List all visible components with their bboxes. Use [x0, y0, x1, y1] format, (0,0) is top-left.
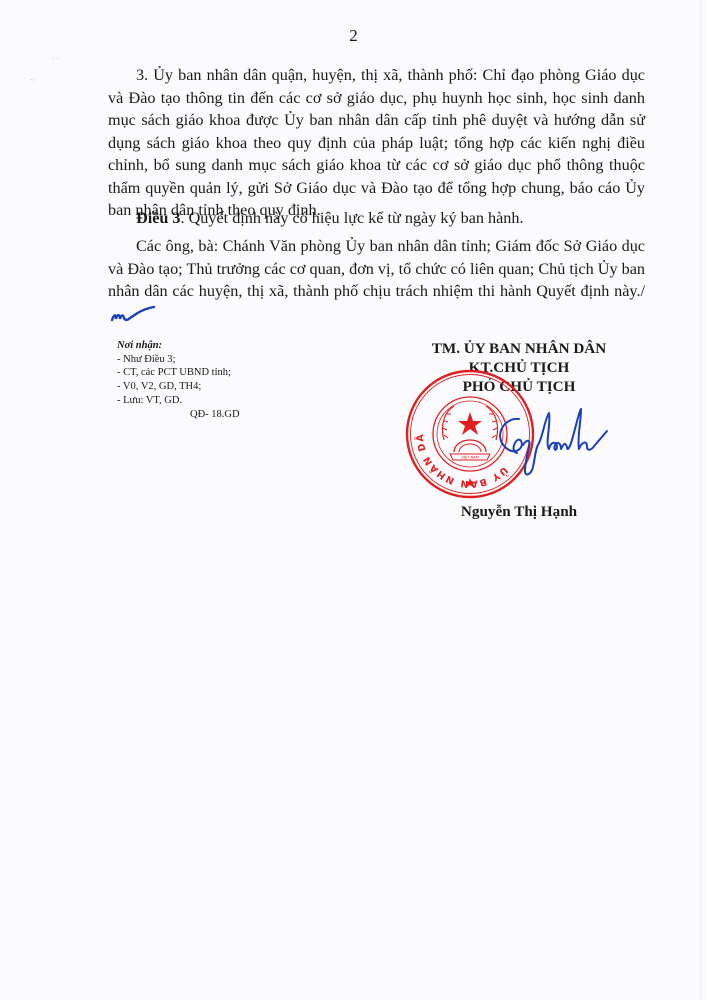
scan-speck: · ·	[52, 55, 58, 63]
handwritten-signature-icon	[495, 405, 610, 480]
article-text: . Quyết định này có hiệu lực kể từ ngày …	[181, 209, 524, 227]
paragraph-item-3: 3. Ủy ban nhân dân quận, huyện, thị xã, …	[108, 64, 645, 222]
recipient-item: - V0, V2, GD, TH4;	[117, 380, 240, 394]
recipient-item: - CT, các PCT UBND tỉnh;	[117, 366, 240, 380]
closing-text: Các ông, bà: Chánh Văn phòng Ủy ban nhân…	[108, 237, 645, 300]
initial-mark-icon	[110, 305, 156, 325]
recipients-title: Nơi nhận:	[117, 339, 240, 353]
signer-name: Nguyễn Thị Hạnh	[395, 503, 643, 521]
article-3: Điều 3. Quyết định này có hiệu lực kể từ…	[108, 207, 645, 230]
page-number: 2	[0, 26, 707, 46]
authority-line-1: TM. ỦY BAN NHÂN DÂN	[395, 339, 643, 358]
closing-paragraph: Các ông, bà: Chánh Văn phòng Ủy ban nhân…	[108, 235, 645, 325]
document-code: QĐ- 18.GD	[117, 408, 240, 422]
recipients-list: Nơi nhận: - Như Điều 3; - CT, các PCT UB…	[117, 339, 240, 421]
scan-edge	[700, 0, 702, 1000]
article-label: Điều 3	[136, 209, 181, 227]
recipient-item: - Lưu: VT, GD.	[117, 394, 240, 408]
paragraph-text: 3. Ủy ban nhân dân quận, huyện, thị xã, …	[108, 64, 645, 222]
svg-text:VIỆT NAM: VIỆT NAM	[461, 455, 478, 460]
scan-speck: ·:	[30, 76, 34, 84]
recipient-item: - Như Điều 3;	[117, 353, 240, 367]
